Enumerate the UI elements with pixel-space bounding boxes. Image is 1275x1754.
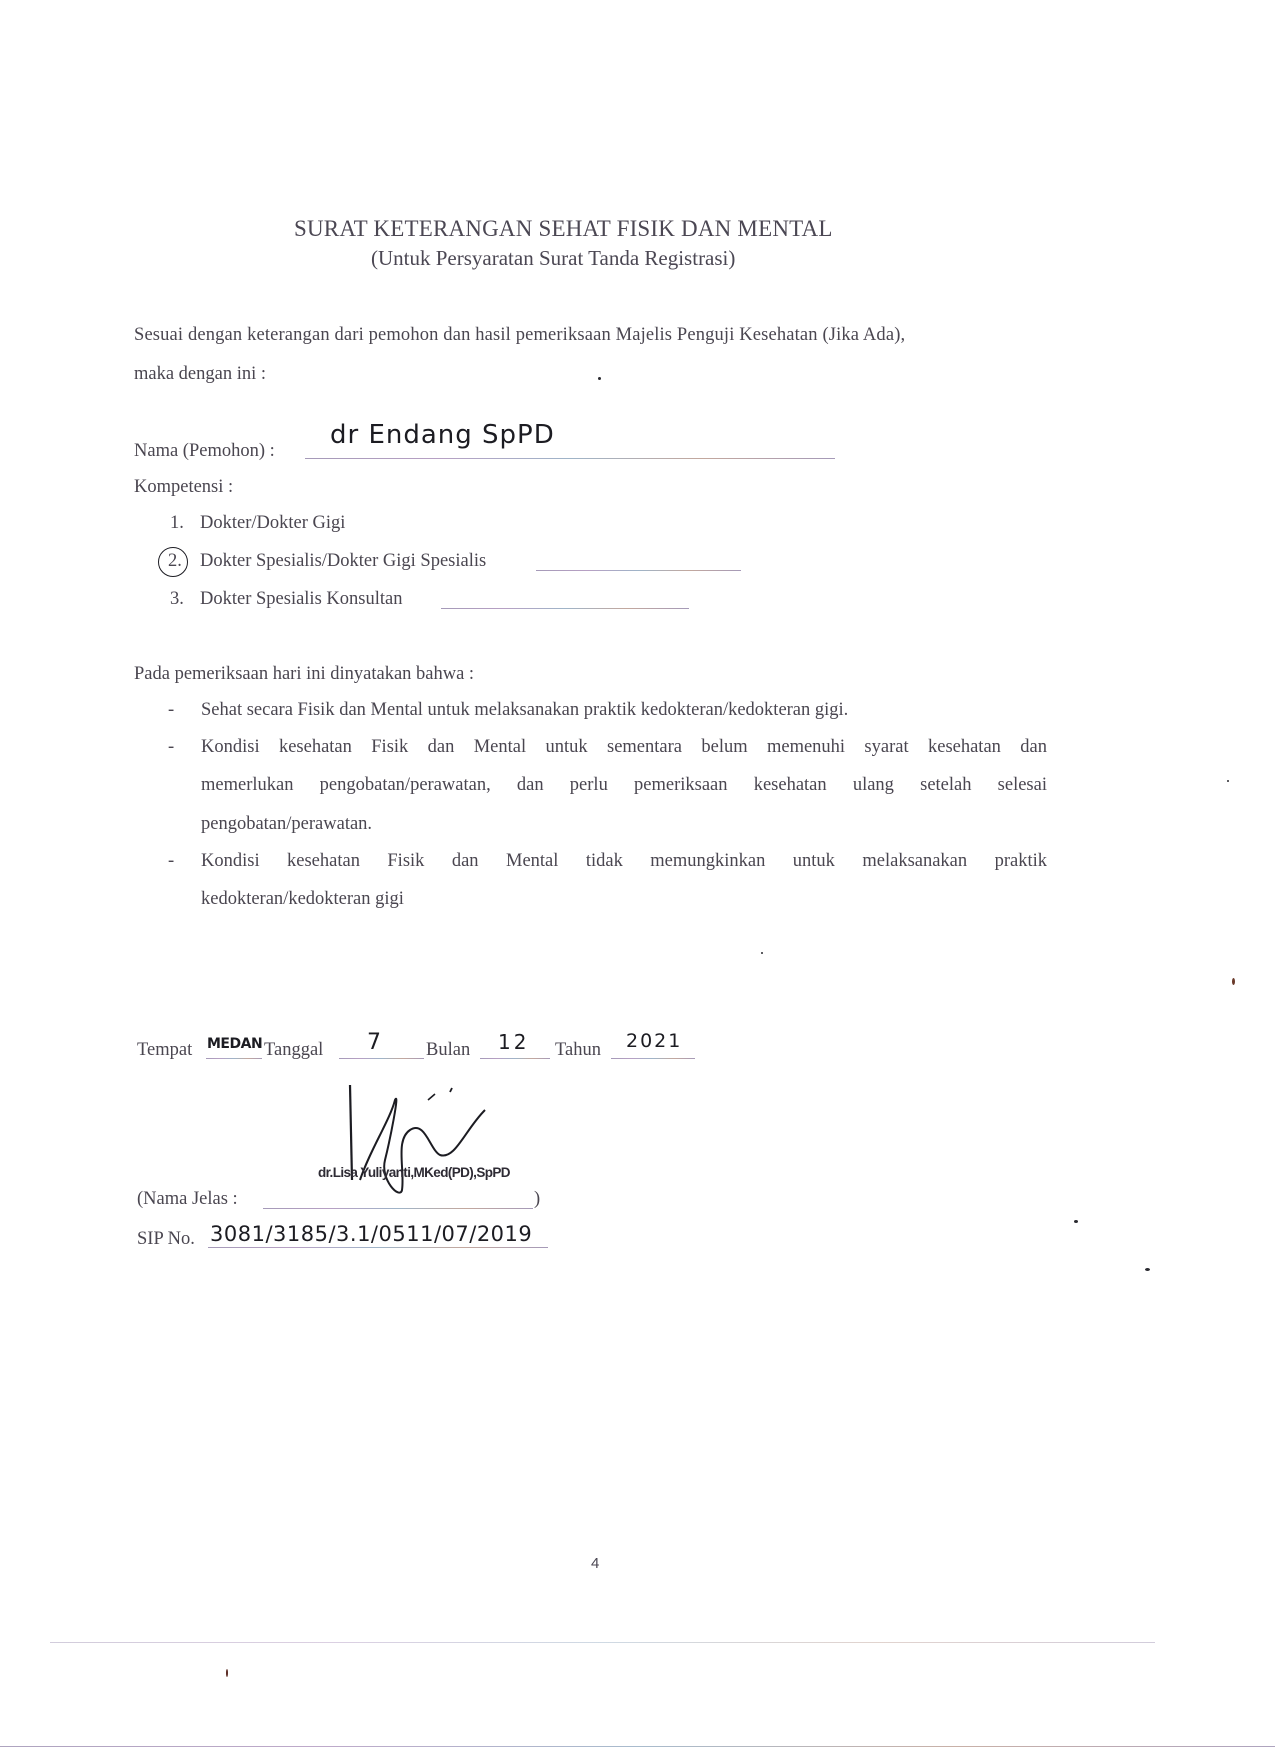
document-subtitle: (Untuk Persyaratan Surat Tanda Registras… <box>371 246 735 271</box>
kompetensi-option-2[interactable]: Dokter Spesialis/Dokter Gigi Spesialis <box>200 551 486 572</box>
tahun-field-line <box>611 1058 695 1059</box>
tempat-label: Tempat <box>137 1040 192 1061</box>
scan-speck <box>1232 978 1235 985</box>
kompetensi-option-1[interactable]: Dokter/Dokter Gigi <box>200 513 345 534</box>
tempat-field-line <box>206 1058 262 1059</box>
intro-line-2: maka dengan ini : <box>134 364 266 385</box>
scan-edge-line-bottom <box>0 1746 1275 1747</box>
scan-speck <box>1227 780 1229 782</box>
statement-2-line-3[interactable]: pengobatan/perawatan. <box>201 814 372 835</box>
intro-line-1: Sesuai dengan keterangan dari pemohon da… <box>134 325 905 346</box>
statement-1-bullet: - <box>168 700 174 721</box>
tahun-label: Tahun <box>555 1040 601 1061</box>
scan-speck <box>226 1669 228 1677</box>
statement-1-line-1[interactable]: Sehat secara Fisik dan Mental untuk mela… <box>201 700 848 721</box>
signature-stamp-name: dr.Lisa Yuliyanti,MKed(PD),SpPD <box>318 1165 510 1180</box>
tempat-field-value[interactable]: MEDAN <box>207 1036 262 1052</box>
name-label: Nama (Pemohon) : <box>134 441 275 462</box>
scan-edge-line-top <box>50 1642 1155 1643</box>
sip-field-value[interactable]: 3081/3185/3.1/0511/07/2019 <box>210 1222 532 1246</box>
page-number: 4 <box>591 1555 599 1572</box>
scan-speck <box>1145 1268 1150 1271</box>
kompetensi-number-2: 2. <box>168 551 182 572</box>
tanggal-field-value[interactable]: 7 <box>367 1030 381 1055</box>
signature-scribble <box>340 1080 500 1210</box>
nama-jelas-label: (Nama Jelas : <box>137 1189 238 1210</box>
bulan-label: Bulan <box>426 1040 470 1061</box>
document-title: SURAT KETERANGAN SEHAT FISIK DAN MENTAL <box>294 216 833 242</box>
name-field-value[interactable]: dr Endang SpPD <box>330 420 555 450</box>
sip-label: SIP No. <box>137 1229 195 1250</box>
statement-2-line-2[interactable]: memerlukan pengobatan/perawatan, dan per… <box>201 775 1047 796</box>
statement-2-bullet: - <box>168 737 174 758</box>
kompetensi-number-1: 1. <box>170 513 184 534</box>
scan-speck <box>761 952 763 954</box>
statement-3-bullet: - <box>168 851 174 872</box>
name-field-line <box>305 458 835 459</box>
kompetensi-label: Kompetensi : <box>134 477 233 498</box>
tahun-field-value[interactable]: 2021 <box>626 1030 682 1052</box>
sip-field-line <box>208 1247 548 1248</box>
statement-label: Pada pemeriksaan hari ini dinyatakan bah… <box>134 664 474 685</box>
statement-3-line-1[interactable]: Kondisi kesehatan Fisik dan Mental tidak… <box>201 851 1047 872</box>
bulan-field-value[interactable]: 12 <box>498 1030 529 1054</box>
nama-jelas-close: ) <box>534 1189 540 1210</box>
nama-jelas-field-line <box>263 1208 533 1209</box>
statement-2-line-1[interactable]: Kondisi kesehatan Fisik dan Mental untuk… <box>201 737 1047 758</box>
statement-3-line-2[interactable]: kedokteran/kedokteran gigi <box>201 889 404 910</box>
tanggal-field-line <box>339 1058 424 1059</box>
bulan-field-line <box>480 1058 550 1059</box>
kompetensi-number-3: 3. <box>170 589 184 610</box>
tanggal-label: Tanggal <box>264 1040 323 1061</box>
kompetensi-2-field-line <box>536 570 741 571</box>
kompetensi-option-3[interactable]: Dokter Spesialis Konsultan <box>200 589 402 610</box>
scan-speck <box>1074 1220 1078 1223</box>
kompetensi-3-field-line <box>441 608 689 609</box>
scan-speck <box>598 377 601 380</box>
